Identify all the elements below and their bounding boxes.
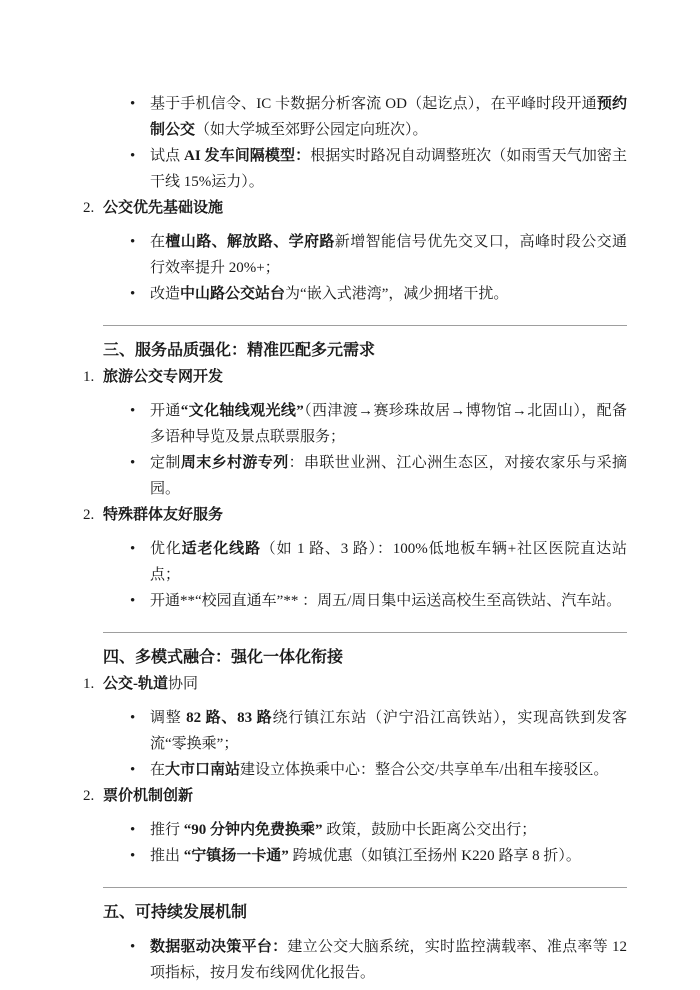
bullet-text: 在大市口南站建设立体换乘中心：整合公交/共享单车/出租车接驳区。 [150,757,627,783]
bullet-text: 开通**“校园直通车”** ：周五/周日集中运送高校生至高铁站、汽车站。 [150,588,627,614]
bullet-icon: • [103,757,150,783]
text-run: 定制 [150,455,181,471]
list-item: • 试点 AI 发车间隔模型：根据实时路况自动调整班次（如雨雪天气加密主干线 1… [103,143,627,195]
bullet-text: 推行 “90 分钟内免费换乘” 政策，鼓励中长距离公交出行； [150,817,627,843]
list-item: • 推出 “宁镇扬一卡通” 跨城优惠（如镇江至扬州 K220 路享 8 折）。 [103,843,627,869]
text-run: 推行 [150,822,184,838]
text-run-bold: “文化轴线观光线” [181,403,304,419]
text-run-bold: AI 发车间隔模型： [184,148,310,164]
text-run: 优化 [150,541,182,557]
section-divider [103,632,627,633]
text-run: 推出 [150,848,184,864]
bullet-group: • 基于手机信令、IC 卡数据分析客流 OD（起讫点），在平峰时段开通预约制公交… [103,91,627,195]
bullet-text: 基于手机信令、IC 卡数据分析客流 OD（起讫点），在平峰时段开通预约制公交（如… [150,91,627,143]
text-run-bold: 大市口南站 [165,762,240,778]
text-run: 为“嵌入式港湾”，减少拥堵干扰。 [285,286,508,302]
list-item: • 优化适老化线路（如 1 路、3 路）：100%低地板车辆+社区医院直达站点； [103,536,627,588]
bullet-icon: • [103,843,150,869]
text-run: 试点 [150,148,184,164]
list-item: • 在檀山路、解放路、学府路新增智能信号优先交叉口，高峰时段公交通行效率提升 2… [103,229,627,281]
bullet-group: • 推行 “90 分钟内免费换乘” 政策，鼓励中长距离公交出行； • 推出 “宁… [103,817,627,869]
section-divider [103,325,627,326]
list-item: • 数据驱动决策平台：建立公交大脑系统，实时监控满载率、准点率等 12 项指标，… [103,934,627,986]
list-item: • 开通“文化轴线观光线”（西津渡→赛珍珠故居→博物馆→北固山），配备多语种导览… [103,398,627,450]
text-run-bold: 票价机制创新 [103,788,193,804]
bullet-group: • 优化适老化线路（如 1 路、3 路）：100%低地板车辆+社区医院直达站点；… [103,536,627,614]
bullet-group: • 数据驱动决策平台：建立公交大脑系统，实时监控满载率、准点率等 12 项指标，… [103,934,627,986]
bullet-icon: • [103,229,150,281]
text-run-bold: “宁镇扬一卡通” [184,848,289,864]
text-run-bold: 数据驱动决策平台： [150,939,287,955]
list-item: • 定制周末乡村游专列：串联世业洲、江心洲生态区，对接农家乐与采摘园。 [103,450,627,502]
text-run-bold: 檀山路、解放路、学府路 [165,234,334,250]
bullet-text: 改造中山路公交站台为“嵌入式港湾”，减少拥堵干扰。 [150,281,627,307]
bullet-text: 数据驱动决策平台：建立公交大脑系统，实时监控满载率、准点率等 12 项指标，按月… [150,934,627,986]
bullet-icon: • [103,398,150,450]
bullet-icon: • [103,705,150,757]
list-item: • 在大市口南站建设立体换乘中心：整合公交/共享单车/出租车接驳区。 [103,757,627,783]
bullet-group: • 调整 82 路、83 路绕行镇江东站（沪宁沿江高铁站），实现高铁到发客流“零… [103,705,627,783]
section-divider [103,887,627,888]
text-run: 在 [150,234,165,250]
document-content: • 基于手机信令、IC 卡数据分析客流 OD（起讫点），在平峰时段开通预约制公交… [0,0,700,986]
text-run: 调整 [150,710,186,726]
text-run-bold: 适老化线路 [182,541,261,557]
bullet-icon: • [103,281,150,307]
bullet-icon: • [103,450,150,502]
bullet-text: 推出 “宁镇扬一卡通” 跨城优惠（如镇江至扬州 K220 路享 8 折）。 [150,843,627,869]
numbered-item: 1. 旅游公交专网开发 [83,364,627,390]
bullet-group: • 开通“文化轴线观光线”（西津渡→赛珍珠故居→博物馆→北固山），配备多语种导览… [103,398,627,502]
text-run: 在 [150,762,165,778]
document-page: • 基于手机信令、IC 卡数据分析客流 OD（起讫点），在平峰时段开通预约制公交… [0,0,700,990]
text-run-bold: 周末乡村游专列 [181,455,289,471]
bullet-icon: • [103,536,150,588]
text-run: 基于手机信令、IC 卡数据分析客流 OD（起讫点），在平峰时段开通 [150,96,597,112]
text-run: 政策，鼓励中长距离公交出行； [323,822,537,838]
numbered-item-title: 旅游公交专网开发 [103,364,627,390]
list-number: 1. [83,364,103,390]
list-number: 2. [83,502,103,528]
text-run-bold: 82 路、83 路 [186,710,272,726]
numbered-item: 1. 公交-轨道协同 [83,671,627,697]
numbered-item: 2. 票价机制创新 [83,783,627,809]
text-run: 改造 [150,286,180,302]
text-run: 建设立体换乘中心：整合公交/共享单车/出租车接驳区。 [240,762,608,778]
section-heading: 四、多模式融合：强化一体化衔接 [103,645,627,671]
text-run: 开通 [150,403,181,419]
numbered-item-title: 特殊群体友好服务 [103,502,627,528]
text-run-bold: 特殊群体友好服务 [103,507,223,523]
bullet-icon: • [103,934,150,986]
bullet-text: 开通“文化轴线观光线”（西津渡→赛珍珠故居→博物馆→北固山），配备多语种导览及景… [150,398,627,450]
numbered-item-title: 票价机制创新 [103,783,627,809]
numbered-item-title: 公交-轨道协同 [103,671,627,697]
numbered-item: 2. 公交优先基础设施 [83,195,627,221]
bullet-text: 优化适老化线路（如 1 路、3 路）：100%低地板车辆+社区医院直达站点； [150,536,627,588]
bullet-text: 调整 82 路、83 路绕行镇江东站（沪宁沿江高铁站），实现高铁到发客流“零换乘… [150,705,627,757]
list-item: • 调整 82 路、83 路绕行镇江东站（沪宁沿江高铁站），实现高铁到发客流“零… [103,705,627,757]
section-heading: 三、服务品质强化：精准匹配多元需求 [103,338,627,364]
text-run-bold: 公交优先基础设施 [103,200,223,216]
text-run-bold: 旅游公交专网开发 [103,369,223,385]
text-run: 开通**“校园直通车”** ：周五/周日集中运送高校生至高铁站、汽车站。 [150,593,621,609]
section-heading: 五、可持续发展机制 [103,900,627,926]
bullet-text: 定制周末乡村游专列：串联世业洲、江心洲生态区，对接农家乐与采摘园。 [150,450,627,502]
bullet-icon: • [103,91,150,143]
bullet-icon: • [103,588,150,614]
bullet-group: • 在檀山路、解放路、学府路新增智能信号优先交叉口，高峰时段公交通行效率提升 2… [103,229,627,307]
list-item: • 基于手机信令、IC 卡数据分析客流 OD（起讫点），在平峰时段开通预约制公交… [103,91,627,143]
text-run-bold: 公交-轨道 [103,676,168,692]
text-run-bold: 中山路公交站台 [180,286,285,302]
bullet-icon: • [103,817,150,843]
bullet-text: 在檀山路、解放路、学府路新增智能信号优先交叉口，高峰时段公交通行效率提升 20%… [150,229,627,281]
bullet-text: 试点 AI 发车间隔模型：根据实时路况自动调整班次（如雨雪天气加密主干线 15%… [150,143,627,195]
list-item: • 开通**“校园直通车”** ：周五/周日集中运送高校生至高铁站、汽车站。 [103,588,627,614]
list-number: 2. [83,195,103,221]
bullet-icon: • [103,143,150,195]
list-number: 2. [83,783,103,809]
text-run: 跨城优惠（如镇江至扬州 K220 路享 8 折）。 [289,848,581,864]
list-number: 1. [83,671,103,697]
text-run: （如大学城至郊野公园定向班次）。 [195,122,428,138]
numbered-item: 2. 特殊群体友好服务 [83,502,627,528]
list-item: • 改造中山路公交站台为“嵌入式港湾”，减少拥堵干扰。 [103,281,627,307]
numbered-item-title: 公交优先基础设施 [103,195,627,221]
text-run: 协同 [168,676,198,692]
list-item: • 推行 “90 分钟内免费换乘” 政策，鼓励中长距离公交出行； [103,817,627,843]
text-run-bold: “90 分钟内免费换乘” [184,822,323,838]
